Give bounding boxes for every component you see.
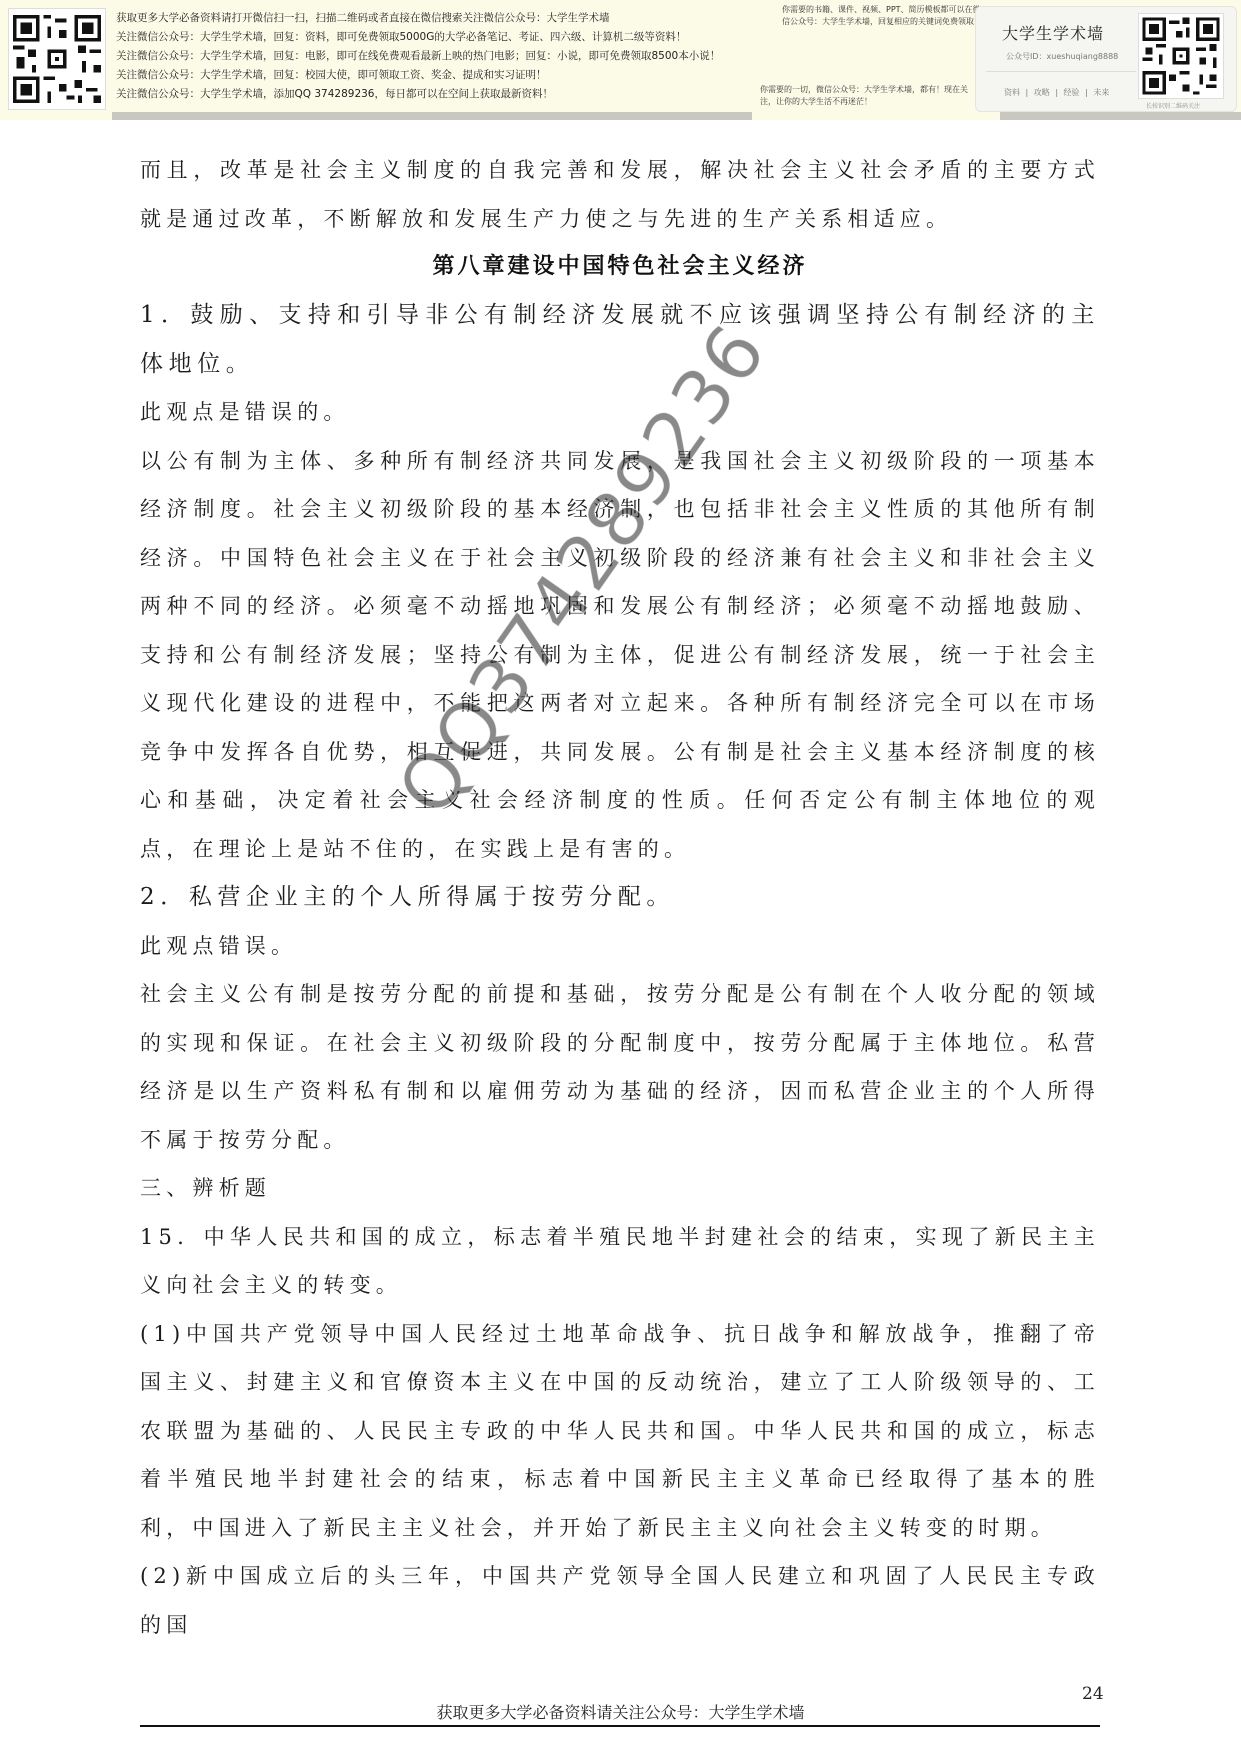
promo-banner: 获取更多大学必备资料请打开微信扫一扫，扫描二维码或者直接在微信搜索关注微信公众号… [0, 0, 1241, 120]
body-paragraph: (2)新中国成立后的头三年，中国共产党领导全国人民建立和巩固了人民民主专政的国 [140, 1552, 1100, 1649]
qr-code-icon [8, 8, 106, 110]
account-card-links: 资料 | 攻略 | 经验 | 未来 [1004, 87, 1109, 98]
account-card-id: 公众号ID：xueshuqiang8888 [1006, 51, 1118, 62]
card-divider [986, 71, 1136, 72]
question-heading: 1．鼓励、支持和引导非公有制经济发展就不应该强调坚持公有制经济的主体地位。 [140, 291, 1100, 388]
section-heading: 三、辨析题 [140, 1164, 1100, 1213]
qr-caption: 长按识别二维码关注 [1146, 101, 1200, 110]
body-paragraph: 而且，改革是社会主义制度的自我完善和发展，解决社会主义社会矛盾的主要方式就是通过… [140, 146, 1100, 243]
banner-line: 关注微信公众号：大学生学术墙，回复：资料，即可免费领取5000G的大学必备笔记、… [116, 28, 766, 47]
account-card: 大学生学术墙 公众号ID：xueshuqiang8888 资料 | 攻略 | 经… [975, 6, 1237, 112]
account-card-title: 大学生学术墙 [1002, 21, 1104, 44]
answer-verdict: 此观点是错误的。 [140, 388, 1100, 437]
banner-divider [112, 112, 752, 120]
chapter-title: 第八章建设中国特色社会主义经济 [140, 243, 1100, 291]
banner-line: 关注微信公众号：大学生学术墙，回复：校园大使，即可领取工资、奖金、提成和实习证明… [116, 66, 766, 85]
qr-code-icon [1138, 13, 1224, 99]
banner-line: 关注微信公众号：大学生学术墙，回复：电影，即可在线免费观看最新上映的热门电影；回… [116, 47, 766, 66]
banner-line: 关注微信公众号：大学生学术墙，添加QQ 374289236，每日都可以在空间上获… [116, 85, 766, 104]
document-content: 而且，改革是社会主义制度的自我完善和发展，解决社会主义社会矛盾的主要方式就是通过… [140, 146, 1100, 1649]
question-heading: 2．私营企业主的个人所得属于按劳分配。 [140, 873, 1100, 922]
body-paragraph: 社会主义公有制是按劳分配的前提和基础，按劳分配是公有制在个人收分配的领域的实现和… [140, 970, 1100, 1164]
body-paragraph: 以公有制为主体、多种所有制经济共同发展，是我国社会主义初级阶段的一项基本经济制度… [140, 437, 1100, 874]
footer-text: 获取更多大学必备资料请关注公众号：大学生学术墙 [0, 1700, 1241, 1723]
body-paragraph: (1)中国共产党领导中国人民经过土地革命战争、抗日战争和解放战争，推翻了帝国主义… [140, 1310, 1100, 1553]
footer-rule [140, 1725, 1100, 1727]
banner-side-note-bottom: 你需要的一切，微信公众号：大学生学术墙，都有！现在关注，让你的大学生活不再迷茫！ [760, 84, 980, 108]
banner-promo-lines: 获取更多大学必备资料请打开微信扫一扫，扫描二维码或者直接在微信搜索关注微信公众号… [116, 9, 766, 104]
banner-side-note-top: 你需要的书籍、课件、视频、PPT、简历模板都可以在微信公众号：大学生学术墙，回复… [782, 4, 982, 28]
answer-verdict: 此观点错误。 [140, 922, 1100, 971]
banner-line: 获取更多大学必备资料请打开微信扫一扫，扫描二维码或者直接在微信搜索关注微信公众号… [116, 9, 766, 28]
banner-divider [1000, 112, 1241, 120]
question-heading: 15．中华人民共和国的成立，标志着半殖民地半封建社会的结束，实现了新民主主义向社… [140, 1213, 1100, 1310]
